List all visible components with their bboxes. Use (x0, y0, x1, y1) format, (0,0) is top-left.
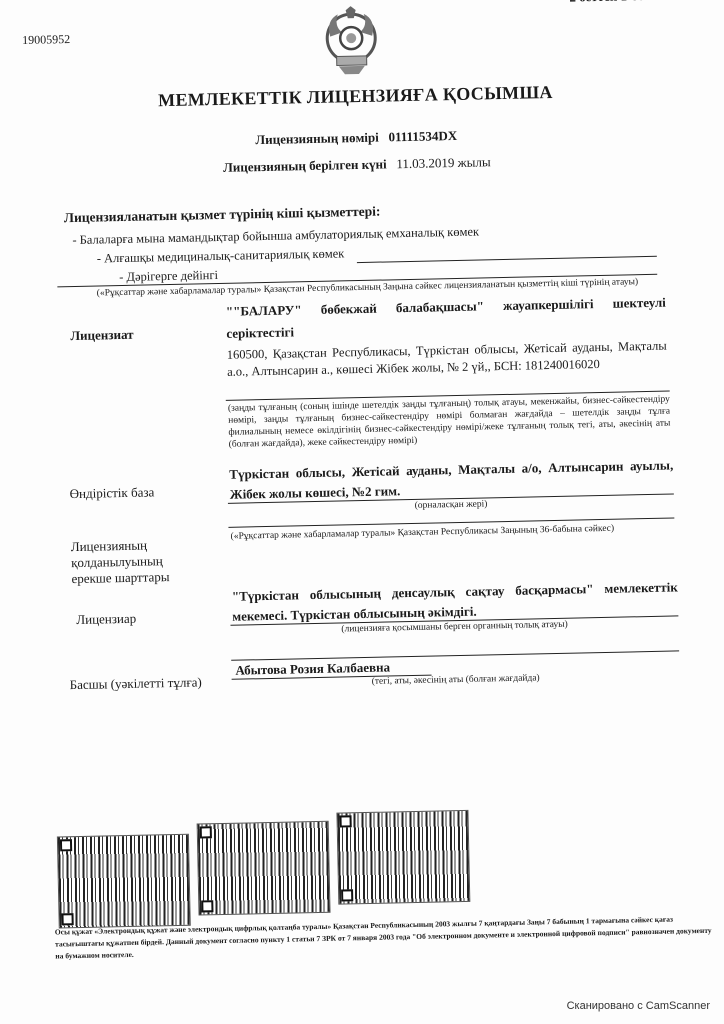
divider (231, 650, 679, 660)
qr-code (336, 810, 470, 905)
document-title: МЕМЛЕКЕТТІК ЛИЦЕНЗИЯҒА ҚОСЫМША (0, 78, 718, 114)
page-indicator: 2 беттен 1-бет (569, 0, 650, 6)
sub-activity-item: - Алғашқы медициналық-санитариялық көмек (97, 246, 345, 266)
licensee-label: Лицензиат (70, 327, 134, 344)
production-base-label: Өндірістік база (70, 484, 155, 502)
licensee-address: 160500, Қазақстан Республикасы, Түркіста… (227, 338, 668, 381)
licensor-label: Лицензиар (76, 611, 136, 628)
license-date-line: Лицензияның берілген күні 11.03.2019 жыл… (0, 149, 719, 180)
qr-code (57, 834, 191, 929)
sub-activity-item: - Балаларға мына мамандықтар бойынша амб… (72, 225, 479, 249)
qr-code (197, 821, 331, 916)
state-emblem-icon (322, 6, 381, 77)
license-number-label: Лицензияның нөмірі (255, 130, 379, 148)
licensee-caption: (заңды тұлғаның (соның ішінде шетелдік з… (228, 394, 671, 451)
license-number: 01111534DX (388, 128, 457, 144)
special-conditions-label: Лицензияның қолданылуының ерекше шарттар… (71, 536, 202, 587)
license-number-line: Лицензияның нөмірі 01111534DX (0, 122, 718, 153)
divider (357, 256, 657, 263)
sub-activities-heading: Лицензияланатын қызмет түрінің кіші қызм… (64, 204, 381, 227)
head-label: Басшы (уәкілетті тұлға) (70, 674, 202, 693)
document-number: 19005952 (22, 32, 70, 48)
license-date-label: Лицензияның берілген күні (223, 156, 387, 174)
camscanner-watermark: Сканировано с CamScanner (567, 1000, 710, 1012)
licensee-name: ""БАЛАРУ" бөбекжай балабақшасы" жауапкер… (226, 292, 667, 345)
document-page: 2 беттен 1-бет 19005952 МЕМЛЕКЕТТІК ЛИЦЕ… (0, 0, 724, 1024)
license-date: 11.03.2019 жылы (396, 154, 491, 171)
